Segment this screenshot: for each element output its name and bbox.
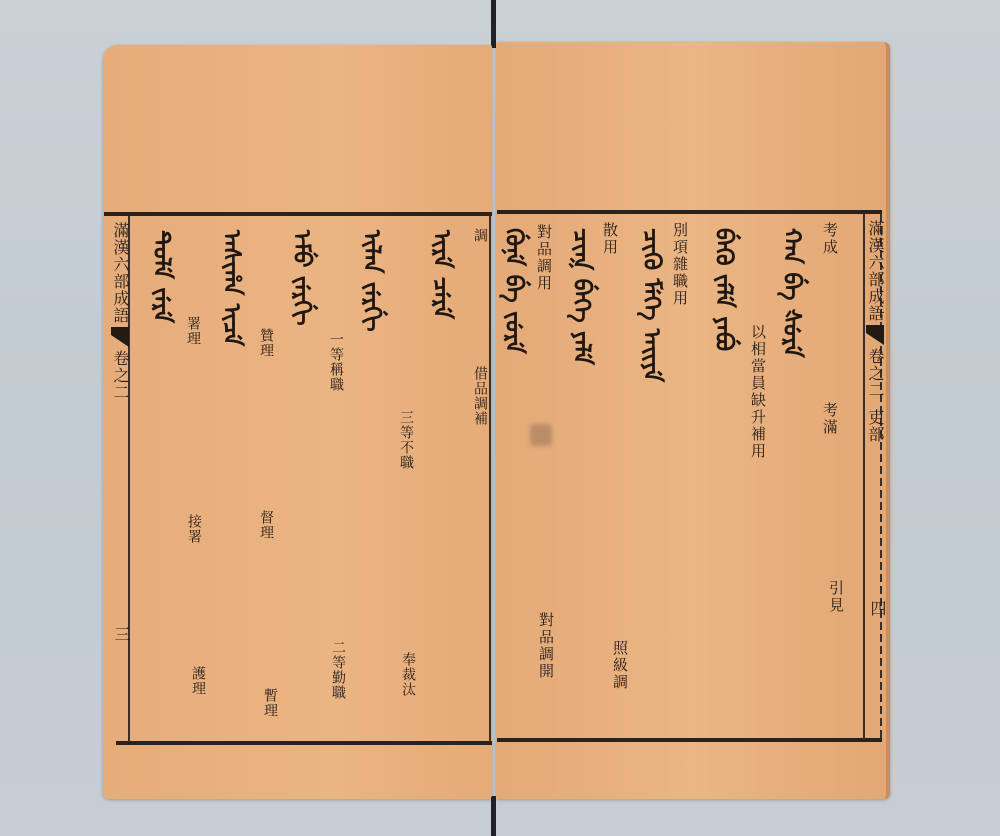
- manchu-column: ᡳᡵᡝ ᠴᡝᡵᡝ: [430, 230, 454, 710]
- ink-smudge: [530, 424, 552, 446]
- entry-term: 督理: [258, 510, 273, 540]
- right-margin-column: 滿漢六部成語卷之二吏部: [864, 220, 887, 443]
- entry-term: 暫理: [262, 688, 277, 718]
- entry-term: 考成: [822, 222, 838, 256]
- entry-term: 護理: [190, 666, 205, 696]
- manchu-column: ᡴᠠᠨ ᠪᡝ ᡧᡠᡵᡝ: [780, 228, 804, 708]
- entry-term: 別項雜職用: [672, 222, 688, 307]
- entry-term: 照級調: [612, 640, 628, 691]
- entry-term: 對品調用: [536, 224, 552, 292]
- manchu-column: ᠴᡳᡴ ᠪᡝᡴᡝ ᠶᠠᠯᡝ: [570, 228, 594, 708]
- entry-term: 署理: [185, 316, 200, 346]
- book-title: 滿漢六部成語: [111, 222, 130, 324]
- volume-label: 卷之二: [111, 350, 130, 401]
- binding-string-top: [491, 0, 496, 48]
- entry-term: 接署: [186, 514, 201, 544]
- left-margin-column: 滿漢六部成語卷之二: [109, 222, 132, 401]
- fish-tail-mark: [866, 325, 884, 345]
- entry-term: 對品調開: [538, 612, 554, 680]
- entry-term: 引見: [828, 580, 844, 614]
- entry-term: 三等不職: [398, 410, 413, 470]
- fish-tail-mark: [111, 327, 129, 347]
- entry-term: 二等勤職: [330, 640, 345, 700]
- entry-term: 調: [472, 228, 487, 243]
- manchu-column: ᡨᡠᠯᡝ ᠵᡝᡵᡝ: [150, 230, 174, 710]
- manchu-column: ᡝᠮᡠ ᠵᡝᡵᡤᡳ: [290, 230, 314, 710]
- manchu-column: ᠪᡝᡴᡠ ᠵᡝᠯᡝ ᠶᠠᠪᡠ: [712, 228, 736, 708]
- manchu-column: ᠴᡳᡴᡠ ᠮᡝᡴᡝ ᠠᡳᠶᡝ: [640, 228, 664, 708]
- manchu-column: ᡤᡠᠨᡝ ᠪᡝ ᠵᡠᡵᡝ: [502, 228, 526, 708]
- left-page-number: 三: [110, 626, 133, 643]
- left-bottom-rule: [116, 741, 492, 745]
- entry-term: 散用: [602, 222, 618, 256]
- section-label: 吏部: [866, 409, 885, 443]
- binding-string-bottom: [491, 796, 496, 836]
- manchu-column: ᡳᠯᠠᠨ ᠵᡝᡵᡤᡳ: [360, 230, 384, 710]
- right-page-number: 四: [866, 600, 889, 617]
- manchu-column: ᠠᠰᡳᡥᠠ ᡳᠴᡝ: [220, 230, 244, 710]
- left-top-rule: [104, 212, 492, 216]
- entry-term: 奉裁汰: [400, 652, 415, 697]
- right-top-rule: [497, 210, 882, 214]
- volume-label: 卷之二: [866, 348, 885, 399]
- entry-term: 以相當員缺升補用: [750, 324, 766, 460]
- left-inner-line: [489, 216, 491, 742]
- entry-term: 一等稱職: [328, 332, 343, 392]
- right-bottom-rule: [497, 738, 882, 742]
- entry-term: 考滿: [822, 402, 838, 436]
- entry-term: 贊理: [258, 328, 273, 358]
- book-title: 滿漢六部成語: [866, 220, 885, 322]
- entry-term: 借品調補: [472, 366, 487, 426]
